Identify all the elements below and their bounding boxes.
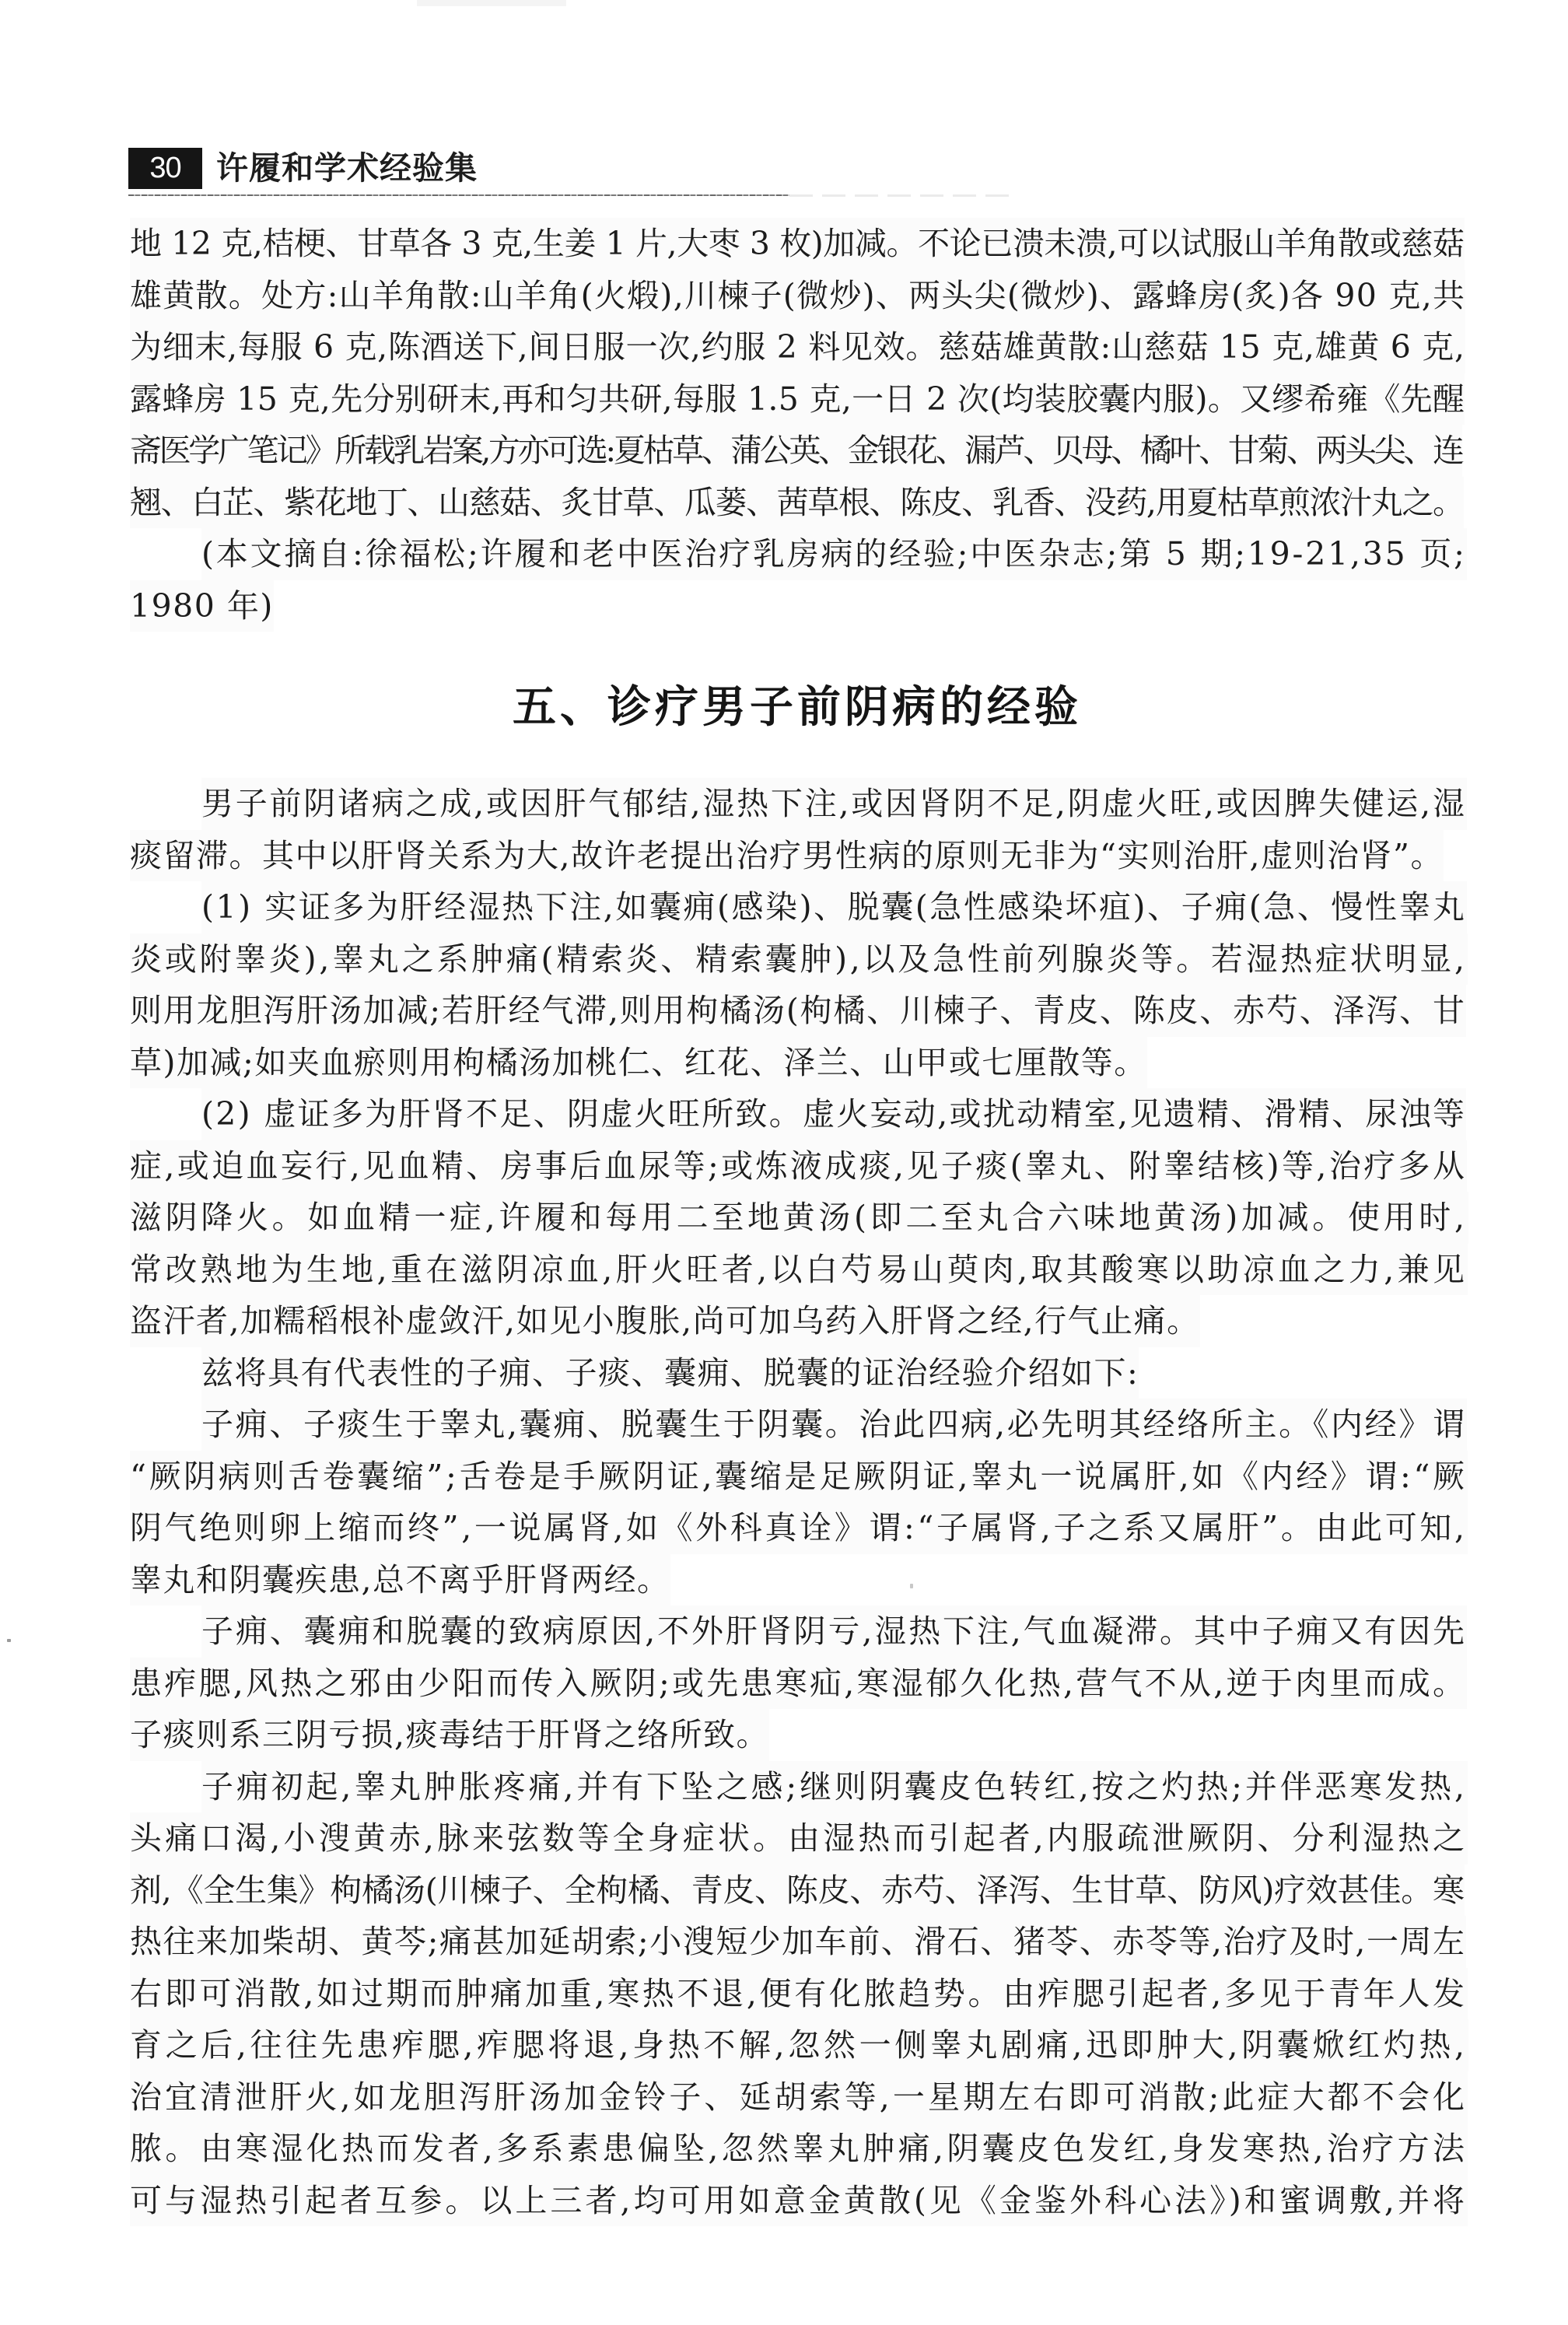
- text-line: 脓。由寒湿化热而发者,多系素患偏坠,忽然睾丸肿痛,阴囊皮色发红,身发寒热,治疗方…: [130, 2123, 1465, 2175]
- paragraph: 子痈、子痰生于睾丸,囊痈、脱囊生于阴囊。治此四病,必先明其经络所主。《内经》谓 …: [130, 1399, 1465, 1605]
- line-text: 症,或迫血妄行,见血精、房事后血尿等;或炼液成痰,见子痰(睾丸、附睾结核)等,治…: [130, 1140, 1467, 1192]
- text-line: 为细末,每服 6 克,陈酒送下,间日服一次,约服 2 料见效。慈菇雄黄散:山慈菇…: [130, 321, 1465, 373]
- line-text: 可与湿热引起者互参。以上三者,均可用如意金黄散(见《金鉴外科心法》)和蜜调敷,并…: [130, 2175, 1468, 2227]
- text-line: 右即可消散,如过期而肿痛加重,寒热不退,便有化脓趋势。由痄腮引起者,多见于青年人…: [130, 1968, 1465, 2020]
- line-text: 1980 年): [130, 580, 274, 632]
- paragraph: 地 12 克,桔梗、甘草各 3 克,生姜 1 片,大枣 3 枚)加减。不论已溃未…: [130, 218, 1465, 528]
- text-line: 头痛口渴,小溲黄赤,脉来弦数等全身症状。由湿热而引起者,内服疏泄厥阴、分利湿热之: [130, 1812, 1465, 1865]
- text-line: 兹将具有代表性的子痈、子痰、囊痈、脱囊的证治经验介绍如下:: [130, 1347, 1465, 1399]
- line-text: (1) 实证多为肝经湿热下注,如囊痈(感染)、脱囊(急性感染坏疽)、子痈(急、慢…: [201, 881, 1467, 933]
- line-text: 头痛口渴,小溲黄赤,脉来弦数等全身症状。由湿热而引起者,内服疏泄厥阴、分利湿热之: [130, 1812, 1468, 1865]
- text-line: 露蜂房 15 克,先分别研末,再和匀共研,每服 1.5 克,一日 2 次(均装胶…: [130, 373, 1465, 425]
- text-line: 患痄腮,风热之邪由少阳而传入厥阴;或先患寒疝,寒湿郁久化热,营气不从,逆于肉里而…: [130, 1658, 1465, 1710]
- continuation-block: 地 12 克,桔梗、甘草各 3 克,生姜 1 片,大枣 3 枚)加减。不论已溃未…: [130, 218, 1465, 632]
- line-text: 脓。由寒湿化热而发者,多系素患偏坠,忽然睾丸肿痛,阴囊皮色发红,身发寒热,治疗方…: [130, 2123, 1468, 2175]
- text-line: 睾丸和阴囊疾患,总不离乎肝肾两经。: [130, 1554, 1465, 1606]
- line-text: (本文摘自:徐福松;许履和老中医治疗乳房病的经验;中医杂志;第 5 期;19-2…: [201, 528, 1467, 580]
- text-line: 热往来加柴胡、黄芩;痛甚加延胡索;小溲短少加车前、滑石、猪苓、赤苓等,治疗及时,…: [130, 1916, 1465, 1968]
- text-line: 炎或附睾炎),睾丸之系肿痛(精索炎、精索囊肿),以及急性前列腺炎等。若湿热症状明…: [130, 933, 1465, 986]
- line-text: 育之后,往往先患痄腮,痄腮将退,身热不解,忽然一侧睾丸剧痛,迅即肿大,阴囊焮红灼…: [130, 2019, 1468, 2071]
- text-line: 剂,《全生集》枸橘汤(川楝子、全枸橘、青皮、陈皮、赤芍、泽泻、生甘草、防风)疗效…: [130, 1865, 1465, 1917]
- text-line: (1) 实证多为肝经湿热下注,如囊痈(感染)、脱囊(急性感染坏疽)、子痈(急、慢…: [130, 881, 1465, 933]
- text-line: 治宜清泄肝火,如龙胆泻肝汤加金铃子、延胡索等,一星期左右即可消散;此症大都不会化: [130, 2071, 1465, 2124]
- line-text: 睾丸和阴囊疾患,总不离乎肝肾两经。: [130, 1554, 670, 1606]
- running-title: 许履和学术经验集: [216, 148, 478, 189]
- text-line: 常改熟地为生地,重在滋阴凉血,肝火旺者,以白芍易山萸肉,取其酸寒以助凉血之力,兼…: [130, 1244, 1465, 1296]
- text-line: 子痈初起,睾丸肿胀疼痛,并有下坠之感;继则阴囊皮色转红,按之灼热;并伴恶寒发热,: [130, 1761, 1465, 1813]
- line-text: “厥阴病则舌卷囊缩”;舌卷是手厥阴证,囊缩是足厥阴证,睾丸一说属肝,如《内经》谓…: [130, 1451, 1468, 1503]
- line-text: 草)加减;如夹血瘀则用枸橘汤加桃仁、红花、泽兰、山甲或七厘散等。: [130, 1037, 1147, 1089]
- header-rule-faded: [789, 194, 1015, 197]
- text-line: (本文摘自:徐福松;许履和老中医治疗乳房病的经验;中医杂志;第 5 期;19-2…: [130, 528, 1465, 580]
- text-line: 症,或迫血妄行,见血精、房事后血尿等;或炼液成痰,见子痰(睾丸、附睾结核)等,治…: [130, 1140, 1465, 1192]
- text-line: 阴气绝则卵上缩而终”,一说属肾,如《外科真诠》谓:“子属肾,子之系又属肝”。由此…: [130, 1502, 1465, 1554]
- text-line: 雄黄散。处方:山羊角散:山羊角(火煅),川楝子(微炒)、两头尖(微炒)、露蜂房(…: [130, 270, 1465, 322]
- text-line: 草)加减;如夹血瘀则用枸橘汤加桃仁、红花、泽兰、山甲或七厘散等。: [130, 1037, 1465, 1089]
- line-text: 子痰则系三阴亏损,痰毒结于肝肾之络所致。: [130, 1709, 769, 1761]
- paragraph: 男子前阴诸病之成,或因肝气郁结,湿热下注,或因肾阴不足,阴虚火旺,或因脾失健运,…: [130, 778, 1465, 881]
- line-text: 常改熟地为生地,重在滋阴凉血,肝火旺者,以白芍易山萸肉,取其酸寒以助凉血之力,兼…: [130, 1244, 1468, 1296]
- line-text: 男子前阴诸病之成,或因肝气郁结,湿热下注,或因肾阴不足,阴虚火旺,或因脾失健运,…: [201, 778, 1467, 830]
- paragraph: 子痈、囊痈和脱囊的致病原因,不外肝肾阴亏,湿热下注,气血凝滞。其中子痈又有因先 …: [130, 1605, 1465, 1761]
- text-line: 男子前阴诸病之成,或因肝气郁结,湿热下注,或因肾阴不足,阴虚火旺,或因脾失健运,…: [130, 778, 1465, 830]
- text-line: 滋阴降火。如血精一症,许履和每用二至地黄汤(即二至丸合六味地黄汤)加减。使用时,: [130, 1192, 1465, 1244]
- line-text: 痰留滞。其中以肝肾关系为大,故许老提出治疗男性病的原则无非为“实则治肝,虚则治肾…: [130, 830, 1444, 882]
- line-text: 右即可消散,如过期而肿痛加重,寒热不退,便有化脓趋势。由痄腮引起者,多见于青年人…: [130, 1968, 1468, 2020]
- section-heading: 五、诊疗男子前阴病的经验: [130, 677, 1465, 739]
- paragraph: (2) 虚证多为肝肾不足、阴虚火旺所致。虚火妄动,或扰动精室,见遗精、滑精、尿浊…: [130, 1088, 1465, 1347]
- line-text: 阴气绝则卵上缩而终”,一说属肾,如《外科真诠》谓:“子属肾,子之系又属肝”。由此…: [130, 1502, 1468, 1554]
- text-line: 可与湿热引起者互参。以上三者,均可用如意金黄散(见《金鉴外科心法》)和蜜调敷,并…: [130, 2175, 1465, 2227]
- text-line: “厥阴病则舌卷囊缩”;舌卷是手厥阴证,囊缩是足厥阴证,睾丸一说属肝,如《内经》谓…: [130, 1451, 1465, 1503]
- line-text: 翘、白芷、紫花地丁、山慈菇、炙甘草、瓜蒌、茜草根、陈皮、乳香、没药,用夏枯草煎浓…: [130, 477, 1464, 529]
- text-line: 子痈、子痰生于睾丸,囊痈、脱囊生于阴囊。治此四病,必先明其经络所主。《内经》谓: [130, 1399, 1465, 1451]
- text-line: 子痈、囊痈和脱囊的致病原因,不外肝肾阴亏,湿热下注,气血凝滞。其中子痈又有因先: [130, 1605, 1465, 1658]
- text-line: 翘、白芷、紫花地丁、山慈菇、炙甘草、瓜蒌、茜草根、陈皮、乳香、没药,用夏枯草煎浓…: [130, 477, 1465, 529]
- line-text: 患痄腮,风热之邪由少阳而传入厥阴;或先患寒疝,寒湿郁久化热,营气不从,逆于肉里而…: [130, 1658, 1467, 1710]
- line-text: 滋阴降火。如血精一症,许履和每用二至地黄汤(即二至丸合六味地黄汤)加减。使用时,: [130, 1192, 1468, 1244]
- scan-edge-mark: [417, 0, 566, 6]
- scan-speck: [7, 1639, 11, 1642]
- line-text: 子痈、囊痈和脱囊的致病原因,不外肝肾阴亏,湿热下注,气血凝滞。其中子痈又有因先: [201, 1605, 1467, 1658]
- text-line: 斋医学广笔记》所载乳岩案,方亦可选:夏枯草、蒲公英、金银花、漏芦、贝母、橘叶、甘…: [130, 425, 1465, 477]
- line-text: 热往来加柴胡、黄芩;痛甚加延胡索;小溲短少加车前、滑石、猪苓、赤苓等,治疗及时,…: [130, 1916, 1466, 1968]
- line-text: 炎或附睾炎),睾丸之系肿痛(精索炎、精索囊肿),以及急性前列腺炎等。若湿热症状明…: [130, 933, 1468, 986]
- line-text: 地 12 克,桔梗、甘草各 3 克,生姜 1 片,大枣 3 枚)加减。不论已溃未…: [130, 218, 1465, 270]
- text-line: 育之后,往往先患痄腮,痄腮将退,身热不解,忽然一侧睾丸剧痛,迅即肿大,阴囊焮红灼…: [130, 2019, 1465, 2071]
- text-line: 则用龙胆泻肝汤加减;若肝经气滞,则用枸橘汤(枸橘、川楝子、青皮、陈皮、赤芍、泽泻…: [130, 985, 1465, 1037]
- text-line: 地 12 克,桔梗、甘草各 3 克,生姜 1 片,大枣 3 枚)加减。不论已溃未…: [130, 218, 1465, 270]
- line-text: 斋医学广笔记》所载乳岩案,方亦可选:夏枯草、蒲公英、金银花、漏芦、贝母、橘叶、甘…: [130, 425, 1462, 477]
- paragraph: (1) 实证多为肝经湿热下注,如囊痈(感染)、脱囊(急性感染坏疽)、子痈(急、慢…: [130, 881, 1465, 1088]
- line-text: 子痈、子痰生于睾丸,囊痈、脱囊生于阴囊。治此四病,必先明其经络所主。《内经》谓: [201, 1399, 1467, 1451]
- line-text: 则用龙胆泻肝汤加减;若肝经气滞,则用枸橘汤(枸橘、川楝子、青皮、陈皮、赤芍、泽泻…: [130, 985, 1466, 1037]
- line-text: 露蜂房 15 克,先分别研末,再和匀共研,每服 1.5 克,一日 2 次(均装胶…: [130, 373, 1465, 425]
- text-line: 盗汗者,加糯稻根补虚敛汗,如见小腹胀,尚可加乌药入肝肾之经,行气止痛。: [130, 1295, 1465, 1347]
- text-line: (2) 虚证多为肝肾不足、阴虚火旺所致。虚火妄动,或扰动精室,见遗精、滑精、尿浊…: [130, 1088, 1465, 1140]
- page-number-badge: 30: [128, 148, 202, 189]
- line-text: 盗汗者,加糯稻根补虚敛汗,如见小腹胀,尚可加乌药入肝肾之经,行气止痛。: [130, 1295, 1200, 1347]
- text-line: 子痰则系三阴亏损,痰毒结于肝肾之络所致。: [130, 1709, 1465, 1761]
- paragraph: 兹将具有代表性的子痈、子痰、囊痈、脱囊的证治经验介绍如下:: [130, 1347, 1465, 1399]
- citation: (本文摘自:徐福松;许履和老中医治疗乳房病的经验;中医杂志;第 5 期;19-2…: [130, 528, 1465, 632]
- section-body: 男子前阴诸病之成,或因肝气郁结,湿热下注,或因肾阴不足,阴虚火旺,或因脾失健运,…: [130, 778, 1465, 2226]
- line-text: 为细末,每服 6 克,陈酒送下,间日服一次,约服 2 料见效。慈菇雄黄散:山慈菇…: [130, 321, 1465, 373]
- line-text: 兹将具有代表性的子痈、子痰、囊痈、脱囊的证治经验介绍如下:: [201, 1347, 1139, 1399]
- page-number: 30: [149, 152, 180, 184]
- line-text: 剂,《全生集》枸橘汤(川楝子、全枸橘、青皮、陈皮、赤芍、泽泻、生甘草、防风)疗效…: [130, 1865, 1465, 1917]
- line-text: (2) 虚证多为肝肾不足、阴虚火旺所致。虚火妄动,或扰动精室,见遗精、滑精、尿浊…: [201, 1088, 1466, 1140]
- line-text: 子痈初起,睾丸肿胀疼痛,并有下坠之感;继则阴囊皮色转红,按之灼热;并伴恶寒发热,: [201, 1761, 1468, 1813]
- text-line: 1980 年): [130, 580, 1465, 632]
- header-rule: [128, 194, 789, 196]
- paragraph: 子痈初起,睾丸肿胀疼痛,并有下坠之感;继则阴囊皮色转红,按之灼热;并伴恶寒发热,…: [130, 1761, 1465, 2227]
- line-text: 治宜清泄肝火,如龙胆泻肝汤加金铃子、延胡索等,一星期左右即可消散;此症大都不会化: [130, 2071, 1468, 2124]
- line-text: 雄黄散。处方:山羊角散:山羊角(火煅),川楝子(微炒)、两头尖(微炒)、露蜂房(…: [130, 270, 1465, 322]
- text-line: 痰留滞。其中以肝肾关系为大,故许老提出治疗男性病的原则无非为“实则治肝,虚则治肾…: [130, 830, 1465, 882]
